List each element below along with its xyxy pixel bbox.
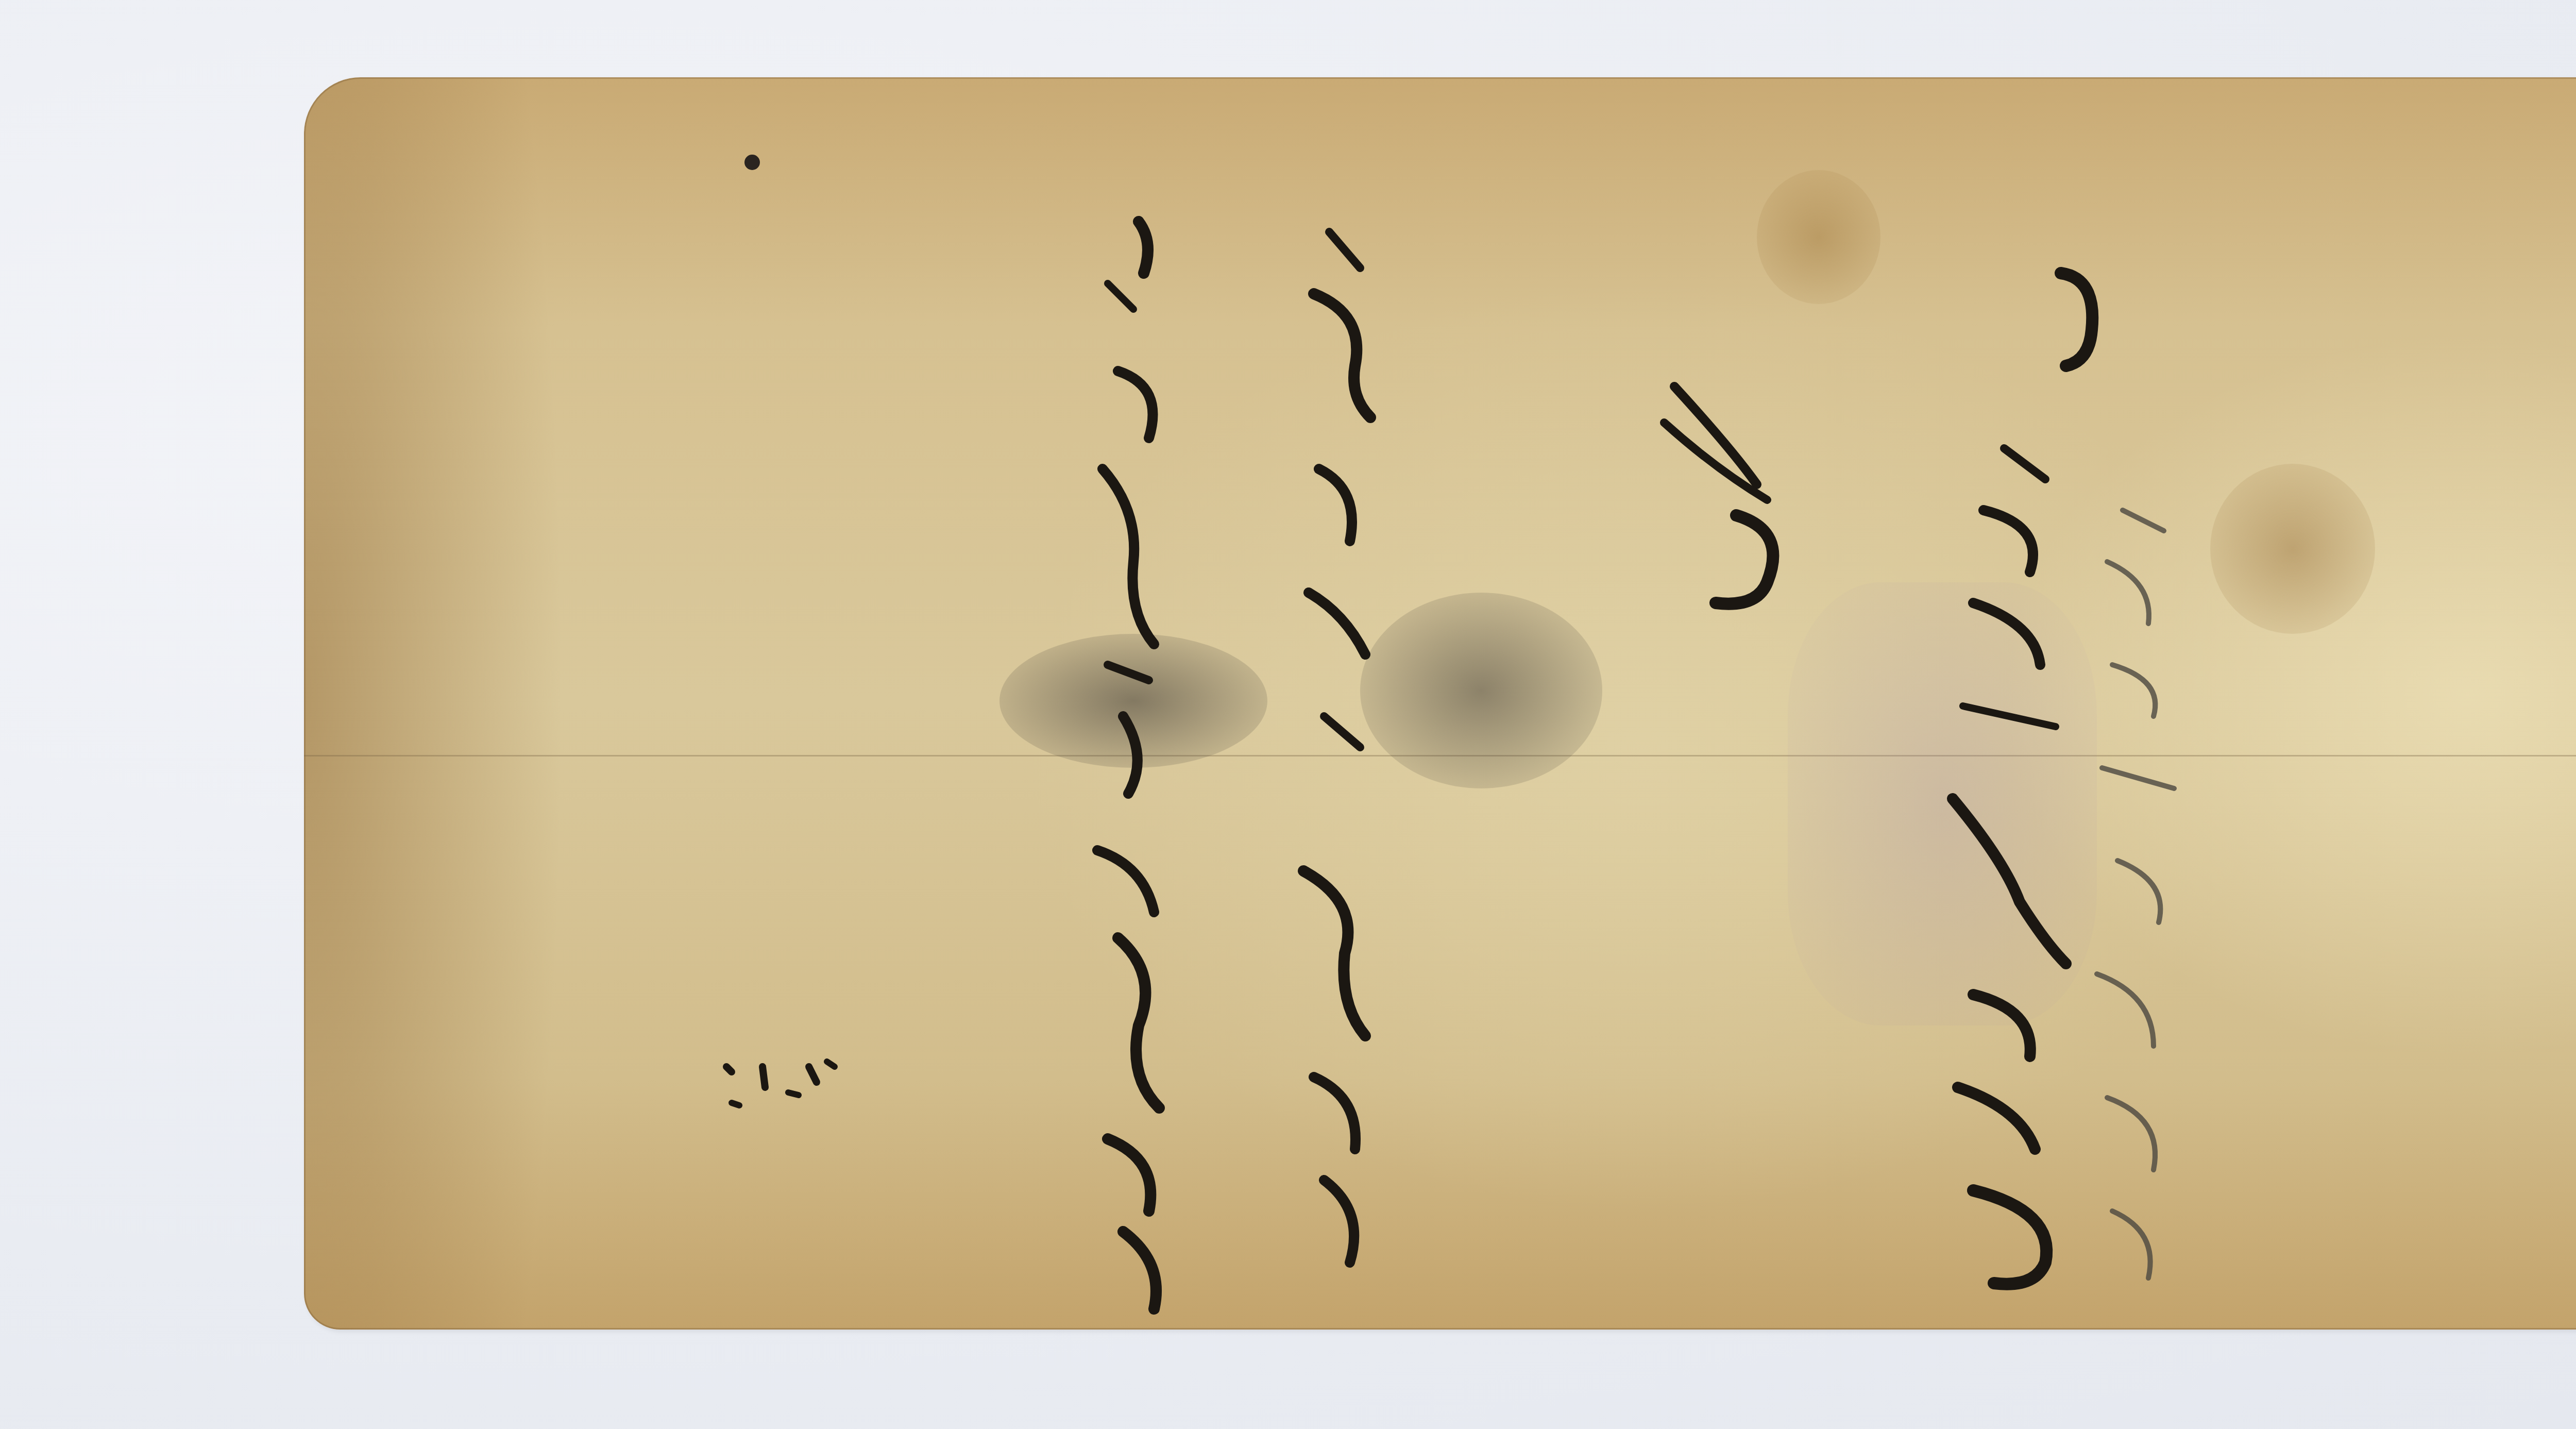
ink-dot: [744, 155, 760, 170]
handwritten-line-3: [1942, 438, 2097, 1304]
ink-dot-cluster: [716, 1046, 850, 1129]
handwritten-line-2: [1283, 201, 1417, 1335]
handwritten-line-1: [1077, 201, 1211, 1335]
pencil-line-4: [2076, 500, 2200, 1304]
water-stain: [2210, 464, 2375, 634]
handwritten-word-center: [1654, 366, 1808, 634]
handwritten-heading-mark: [2040, 258, 2123, 392]
manuscript-page: [304, 77, 2576, 1330]
water-stain: [1757, 170, 1880, 304]
